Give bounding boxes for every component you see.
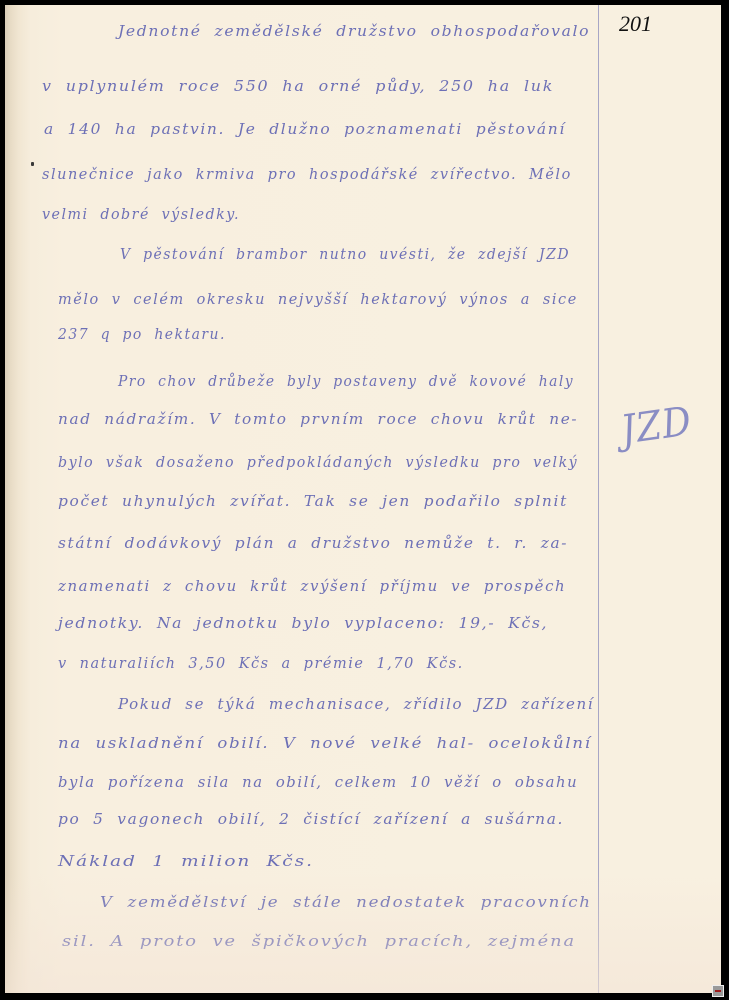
text-line: bylo však dosaženo předpokládaných výsle… <box>58 453 578 471</box>
margin-note: JZD <box>618 398 695 453</box>
text-line: a 140 ha pastvin. Je dlužno poznamenati … <box>44 120 566 138</box>
text-line: mělo v celém okresku nejvyšší hektarový … <box>58 290 578 308</box>
page-number: 201 <box>619 11 652 37</box>
text-line: na uskladnění obilí. V nové velké hal- o… <box>58 734 592 752</box>
text-line: znamenati z chovu krůt zvýšení příjmu ve… <box>58 577 566 595</box>
text-line: v naturaliích 3,50 Kčs a prémie 1,70 Kčs… <box>58 654 464 672</box>
text-line: Pokud se týká mechanisace, zřídilo JZD z… <box>118 695 594 713</box>
text-line: velmi dobré výsledky. <box>42 205 240 223</box>
text-line: státní dodávkový plán a družstvo nemůže … <box>58 534 568 552</box>
text-line: Pro chov drůbeže byly postaveny dvě kovo… <box>118 372 574 390</box>
ink-speck <box>31 162 34 166</box>
document-page: 201 Jednotné zemědělské družstvo obhospo… <box>5 5 721 993</box>
text-line: jednotky. Na jednotku bylo vyplaceno: 19… <box>58 614 548 632</box>
text-line: slunečnice jako krmiva pro hospodářské z… <box>42 165 572 183</box>
text-line: počet uhynulých zvířat. Tak se jen podař… <box>58 492 568 510</box>
text-line: nad nádražím. V tomto prvním roce chovu … <box>58 410 578 428</box>
minimize-icon[interactable] <box>712 985 724 997</box>
text-line: V zemědělství je stále nedostatek pracov… <box>100 893 592 911</box>
margin-line <box>598 5 599 993</box>
text-line: 237 q po hektaru. <box>58 325 226 343</box>
text-line: V pěstování brambor nutno uvésti, že zde… <box>120 245 570 263</box>
text-line: Jednotné zemědělské družstvo obhospodařo… <box>118 22 590 40</box>
text-line: sil. A proto ve špičkových pracích, zejm… <box>62 932 576 950</box>
text-line: byla pořízena sila na obilí, celkem 10 v… <box>58 773 578 791</box>
text-line: po 5 vagonech obilí, 2 čistící zařízení … <box>58 810 564 828</box>
text-line: Náklad 1 milion Kčs. <box>58 852 314 870</box>
text-line: v uplynulém roce 550 ha orné půdy, 250 h… <box>42 77 554 95</box>
